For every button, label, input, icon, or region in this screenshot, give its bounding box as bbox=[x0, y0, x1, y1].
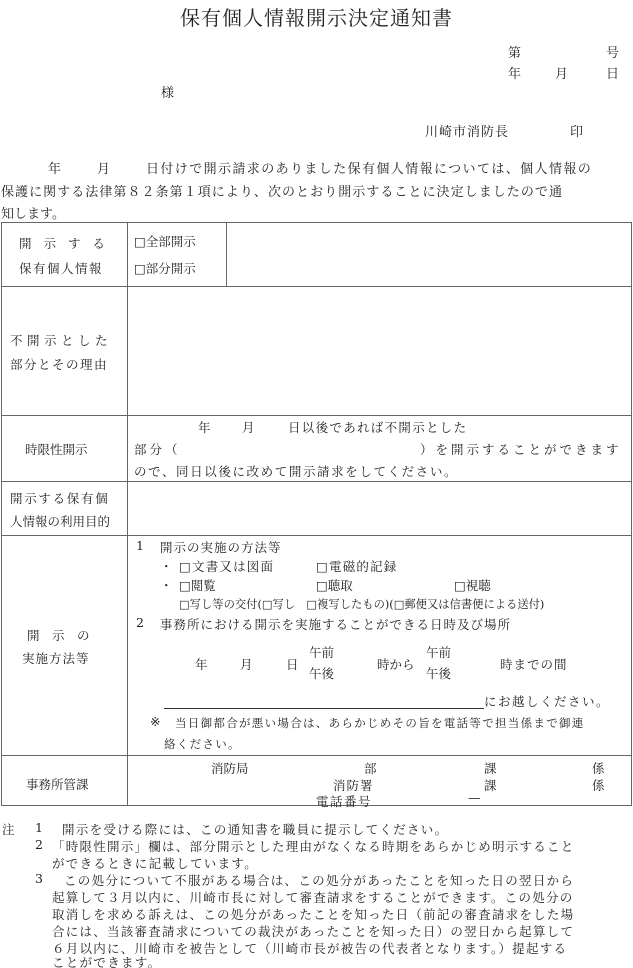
unit-label-2: 係 bbox=[592, 776, 605, 794]
schedule-month: 月 bbox=[240, 655, 253, 673]
from-time-label: 時から bbox=[377, 655, 415, 673]
table-border-right bbox=[631, 222, 632, 806]
note2-line1: 「時限性開示」欄は、部分開示とした理由がなくなる時期をあらかじめ明示すること bbox=[52, 837, 575, 855]
row5-label-line2: 実施方法等 bbox=[22, 649, 90, 667]
row2-label-line1: 不開示とした bbox=[10, 331, 112, 349]
number-suffix: 号 bbox=[606, 42, 619, 61]
timed-year: 年 bbox=[198, 418, 211, 436]
note-line1: 当日御都合が悪い場合は、あらかじめその旨を電話等で担当係まで御連 bbox=[175, 715, 585, 731]
intro-month: 月 bbox=[97, 158, 110, 177]
electronic-record-checkbox[interactable]: □電磁的記録 bbox=[316, 557, 398, 575]
note3-line1: この処分について不服がある場合は、この処分があったことを知った日の翌日から bbox=[64, 871, 574, 889]
row-divider bbox=[1, 415, 632, 416]
start-am-label: 午前 bbox=[309, 643, 334, 661]
note2-line2: ができるときに記載しています。 bbox=[52, 854, 258, 872]
unit-label: 係 bbox=[592, 759, 605, 777]
row-divider bbox=[1, 481, 632, 482]
row3-label: 時限性開示 bbox=[25, 440, 88, 458]
item2-title: 事務所における開示を実施することができる日時及び場所 bbox=[160, 615, 511, 633]
please-come-text: にお越しください。 bbox=[484, 692, 610, 710]
number-prefix: 第 bbox=[508, 42, 521, 61]
row-divider bbox=[1, 286, 632, 287]
date-month: 月 bbox=[555, 63, 568, 82]
timed-line2-end: ）を開示することができます bbox=[420, 440, 622, 458]
row4-label-line1: 開示する保有個 bbox=[10, 489, 109, 507]
row5-label-line1: 開 示 の bbox=[27, 626, 90, 644]
department-label: 部 bbox=[364, 759, 377, 777]
timed-line3: ので、同日以後に改めて開示請求をしてください。 bbox=[134, 462, 458, 480]
partial-disclosure-checkbox[interactable]: □部分開示 bbox=[134, 259, 196, 277]
audiovisual-checkbox[interactable]: □視聴 bbox=[454, 576, 491, 594]
intro-line2: 保護に関する法律第８２条第１項により、次のとおり開示することに決定しましたので通 bbox=[1, 181, 563, 200]
table-border-left bbox=[1, 222, 2, 806]
table-border-top bbox=[1, 222, 632, 223]
column-divider bbox=[127, 222, 128, 806]
phone-label: 電話番号 bbox=[316, 792, 372, 810]
schedule-year: 年 bbox=[195, 655, 208, 673]
note1-number: 1 bbox=[35, 820, 43, 835]
note-mark: ※ bbox=[150, 714, 160, 729]
intro-line1: 日付けで開示請求のありました保有個人情報については、個人情報の bbox=[146, 158, 592, 177]
note2-number: 2 bbox=[35, 837, 43, 852]
viewing-checkbox[interactable]: □閲覧 bbox=[179, 576, 216, 594]
schedule-day: 日 bbox=[286, 655, 299, 673]
row-divider bbox=[1, 755, 632, 756]
intro-line3: 知します。 bbox=[1, 203, 65, 222]
start-pm-label: 午後 bbox=[309, 664, 334, 682]
fire-bureau-label: 消防局 bbox=[211, 759, 249, 777]
phone-dash: — bbox=[468, 790, 481, 805]
note3-line2: 起算して３月以内に、川崎市長に対して審査請求をすることができます。この処分の bbox=[52, 888, 574, 906]
addressee-suffix: 様 bbox=[161, 82, 174, 101]
notes-label: 注 bbox=[2, 820, 15, 838]
note3-line3: 取消しを求める訴えは、この処分があったことを知った日（前記の審査請求をした場 bbox=[52, 905, 574, 923]
timed-line1: 日以後であれば不開示とした bbox=[288, 418, 467, 436]
note3-line6: ことができます。 bbox=[52, 953, 161, 968]
row-divider bbox=[1, 535, 632, 536]
inner-column-divider bbox=[226, 222, 227, 286]
full-disclosure-checkbox[interactable]: □全部開示 bbox=[134, 232, 196, 250]
section-label-2: 課 bbox=[484, 776, 497, 794]
end-am-label: 午前 bbox=[426, 643, 451, 661]
item1-number: 1 bbox=[136, 538, 144, 553]
row1-label-line1: 開 示 す る bbox=[19, 234, 109, 252]
until-time-label: 時までの間 bbox=[500, 655, 568, 673]
copy-delivery-checkbox[interactable]: □写し等の交付(□写し □複写したもの)(□郵便又は信書便による送付) bbox=[179, 596, 544, 612]
row2-label-line2: 部分とその理由 bbox=[10, 355, 108, 373]
listening-checkbox[interactable]: □聴取 bbox=[316, 576, 353, 594]
note-line2: 絡ください。 bbox=[164, 736, 241, 752]
intro-year: 年 bbox=[48, 158, 61, 177]
row6-label: 事務所管課 bbox=[26, 775, 89, 793]
seal-mark: 印 bbox=[570, 121, 583, 140]
issuer-name: 川崎市消防長 bbox=[425, 121, 509, 140]
item2-number: 2 bbox=[136, 615, 144, 630]
section-label: 課 bbox=[484, 759, 497, 777]
date-day: 日 bbox=[606, 63, 619, 82]
bullet: ・ bbox=[160, 576, 173, 594]
note3-number: 3 bbox=[35, 871, 43, 886]
row4-label-line2: 人情報の利用目的 bbox=[10, 512, 110, 530]
end-pm-label: 午後 bbox=[426, 664, 451, 682]
note3-line4: 合には、当該審査請求についての裁決があったことを知った日）の翌日から起算して bbox=[52, 922, 574, 940]
bullet: ・ bbox=[160, 557, 173, 575]
item1-title: 開示の実施の方法等 bbox=[160, 538, 282, 556]
date-year: 年 bbox=[508, 63, 521, 82]
document-or-drawing-checkbox[interactable]: □文書又は図面 bbox=[179, 557, 274, 575]
location-blank-line bbox=[164, 708, 484, 709]
note1-text: 開示を受ける際には、この通知書を職員に提示してください。 bbox=[62, 820, 448, 838]
timed-line2-start: 部分（ bbox=[134, 440, 181, 458]
timed-month: 月 bbox=[242, 418, 255, 436]
row1-label-line2: 保有個人情報 bbox=[19, 259, 103, 277]
document-title: 保有個人情報開示決定通知書 bbox=[0, 2, 633, 31]
